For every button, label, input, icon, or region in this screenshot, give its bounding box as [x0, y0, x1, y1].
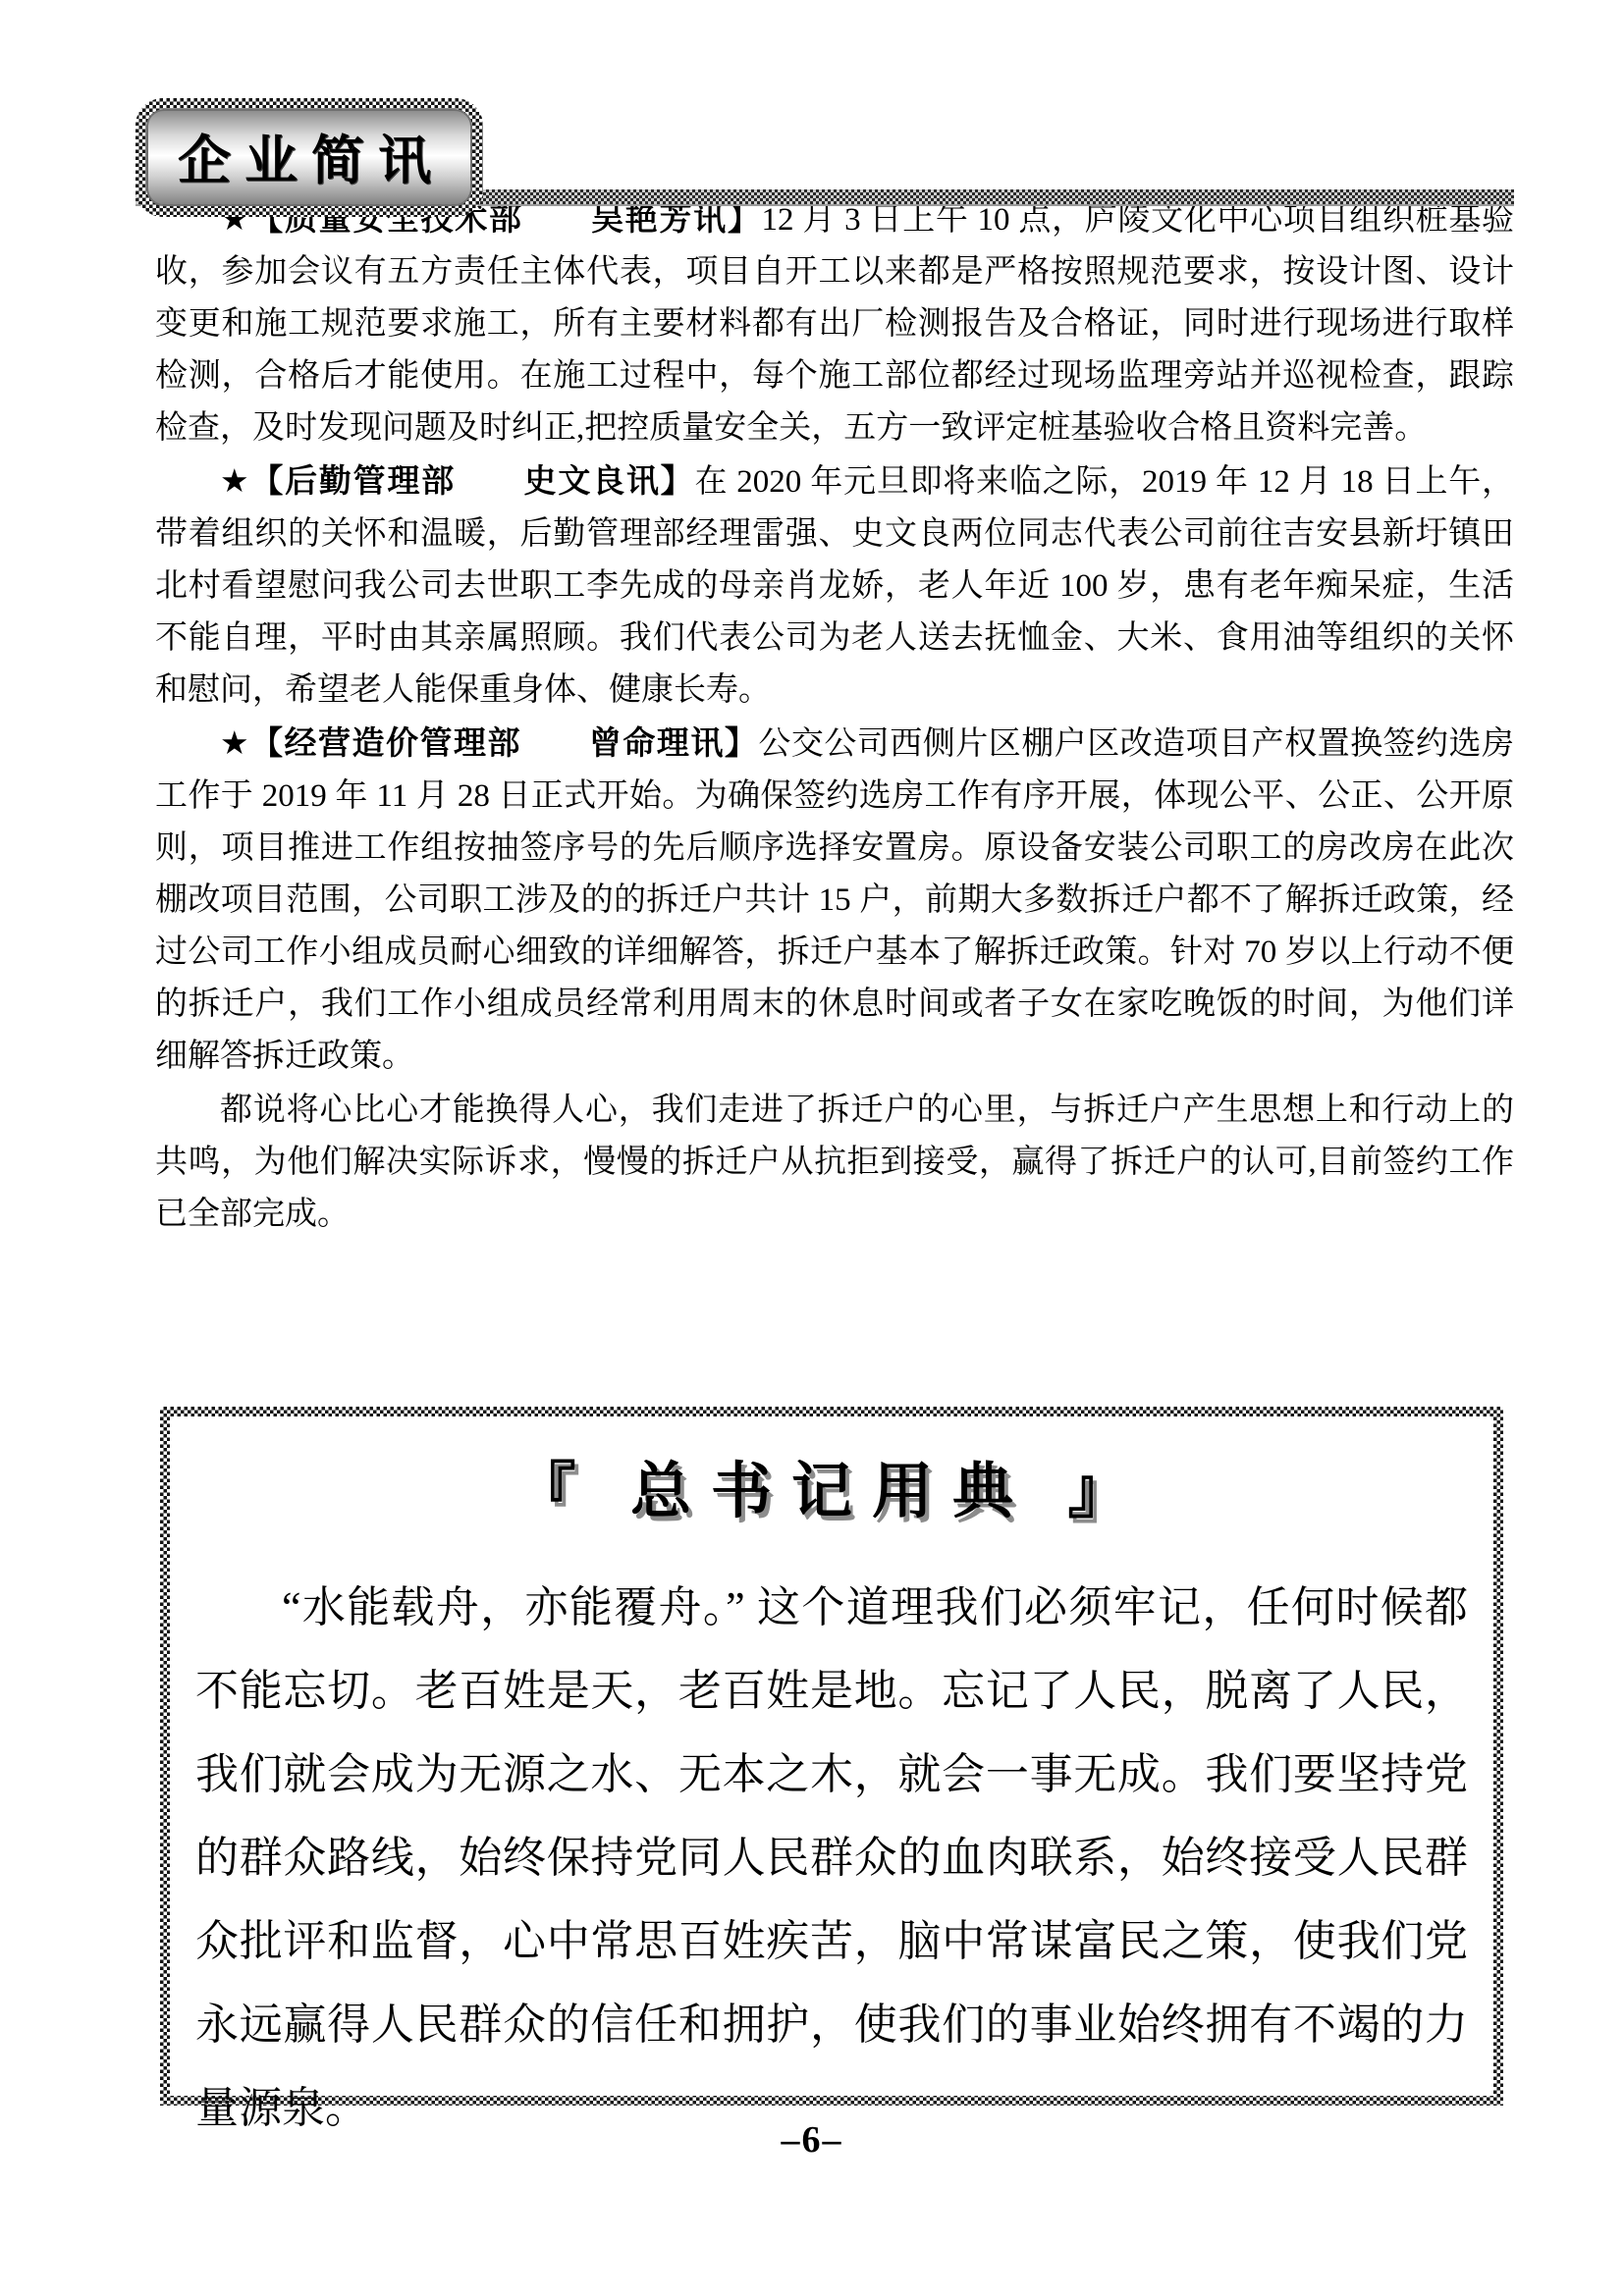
news-item-header: ★【经营造价管理部 曾命理讯】 — [220, 724, 758, 761]
quote-box-title: 『 总书记用典 』 — [195, 1458, 1468, 1526]
quote-box-body: “水能载舟，亦能覆舟。” 这个道理我们必须牢记，任何时候都不能忘切。老百姓是天，… — [195, 1566, 1468, 2150]
section-badge-label: 企业简讯 — [178, 132, 445, 190]
news-item: ★【经营造价管理部 曾命理讯】公交公司西侧片区棚户区改造项目产权置换签约选房工作… — [155, 717, 1514, 1083]
news-item: 都说将心比心才能换得人心，我们走进了拆迁户的心里，与拆迁户产生思想上和行动上的共… — [155, 1083, 1514, 1241]
news-item: ★【质量安全技术部 吴艳芳讯】12 月 3 日上午 10 点，庐陵文化中心项目组… — [155, 192, 1514, 454]
news-item-body: 12 月 3 日上午 10 点，庐陵文化中心项目组织桩基验收，参加会议有五方责任… — [155, 202, 1514, 446]
section-badge: 企业简讯 — [135, 98, 483, 217]
quote-box-content: 『 总书记用典 』 “水能载舟，亦能覆舟。” 这个道理我们必须牢记，任何时候都不… — [170, 1416, 1493, 2096]
page-number: –6– — [0, 2118, 1624, 2162]
news-item-body: 都说将心比心才能换得人心，我们走进了拆迁户的心里，与拆迁户产生思想上和行动上的共… — [155, 1093, 1514, 1232]
news-item: ★【后勤管理部 史文良讯】在 2020 年元旦即将来临之际，2019 年 12 … — [155, 454, 1514, 717]
section-badge-plate: 企业简讯 — [146, 109, 472, 206]
articles-section: ★【质量安全技术部 吴艳芳讯】12 月 3 日上午 10 点，庐陵文化中心项目组… — [155, 192, 1514, 1241]
news-item-header: ★【后勤管理部 史文良讯】 — [220, 462, 694, 499]
newsletter-page: 企业简讯 ★【质量安全技术部 吴艳芳讯】12 月 3 日上午 10 点，庐陵文化… — [0, 0, 1624, 2296]
news-item-body: 公交公司西侧片区棚户区改造项目产权置换签约选房工作于 2019 年 11 月 2… — [155, 726, 1514, 1074]
quote-box: 『 总书记用典 』 “水能载舟，亦能覆舟。” 这个道理我们必须牢记，任何时候都不… — [160, 1407, 1503, 2106]
news-item-body: 在 2020 年元旦即将来临之际，2019 年 12 月 18 日上午，带着组织… — [155, 464, 1514, 708]
